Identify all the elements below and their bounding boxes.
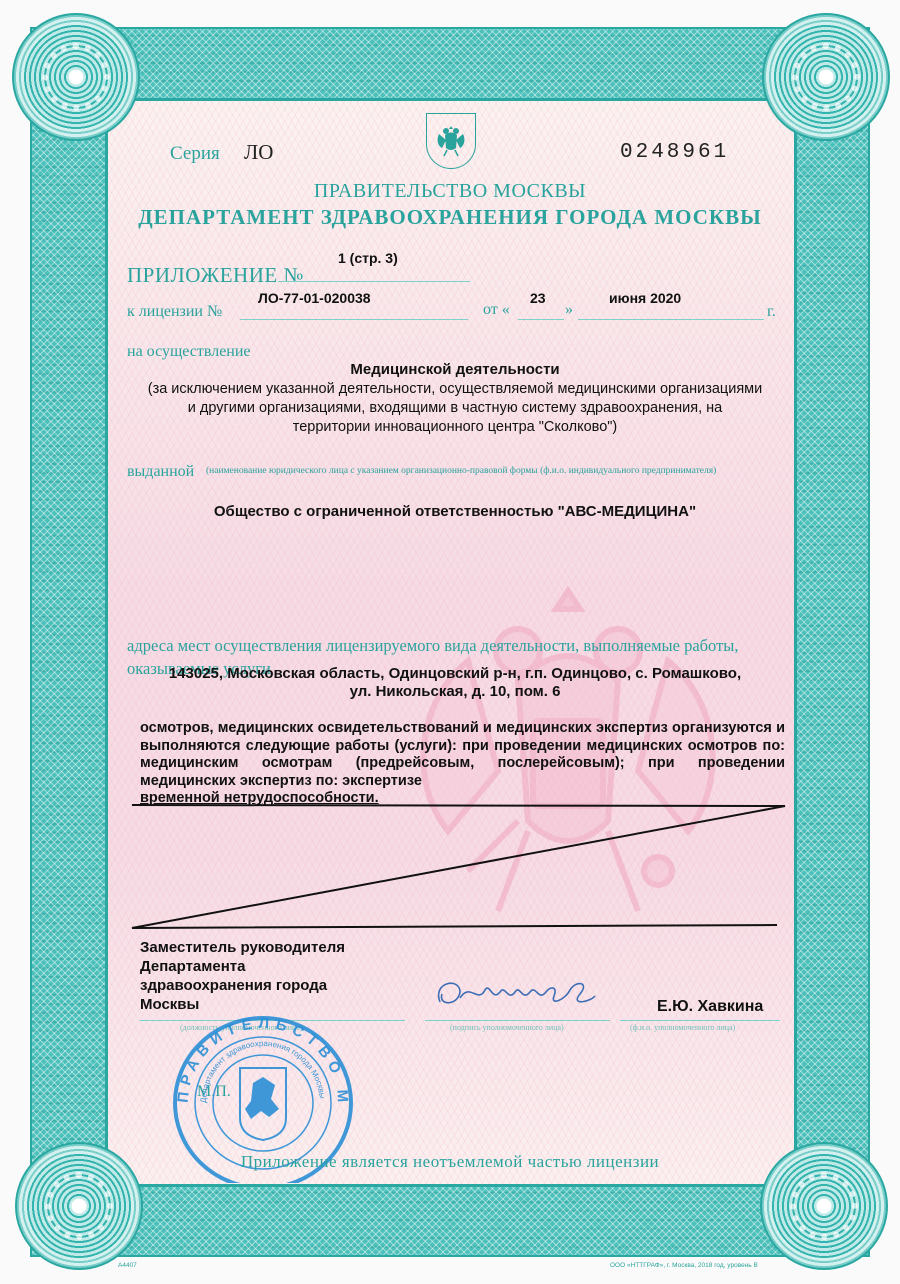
hint-signature: (подпись уполномоченного лица) [450,1023,564,1032]
license-day: 23 [530,290,546,306]
issued-label: выданной [127,463,194,481]
issued-hint: (наименование юридического лица с указан… [206,466,716,476]
day-underline [518,319,564,320]
handwritten-signature-icon [430,972,630,1017]
name-underline [620,1020,780,1021]
activity-label: на осуществление [127,343,251,361]
license-month-year: июня 2020 [609,290,681,306]
appendix-underline [278,281,470,282]
activity-description-line: (за исключением указанной деятельности, … [120,380,790,399]
printer-info: ООО «НТТГРАФ», г. Москва, 2018 год, уров… [610,1262,758,1269]
serial-number: 0248961 [620,141,729,164]
corner-rosette-bottom-right [760,1142,888,1270]
appendix-number: 1 (стр. 3) [338,250,398,266]
corner-rosette-top-right [762,13,890,141]
signer-name: Е.Ю. Хавкина [657,998,763,1016]
organization-name: Общество с ограниченной ответственностью… [120,503,790,520]
series-label: Серия [170,143,220,165]
coat-of-arms-icon [426,113,476,169]
footer-note: Приложение является неотъемлемой частью … [140,1152,760,1172]
works-text: осмотров, медицинских освидетельствовани… [140,720,785,789]
activity-description-line: территории инновационного центра "Сколко… [120,418,790,437]
double-headed-eagle-icon [436,124,466,158]
signer-position: Заместитель руководителя Департамента зд… [140,938,345,1014]
address-line-2: ул. Никольская, д. 10, пом. 6 [120,683,790,700]
appendix-label: ПРИЛОЖЕНИЕ № [127,263,304,288]
signer-position-line: Заместитель руководителя [140,938,345,957]
hint-name: (ф.и.о. уполномоченного лица) [630,1023,735,1032]
activity-description-line: и другими организациями, входящими в час… [120,399,790,418]
signer-position-line: Департамента [140,957,345,976]
date-from-label: от « [483,301,510,319]
date-close-quote: » [565,301,573,319]
license-number: ЛО-77-01-020038 [258,290,371,306]
signer-position-line: здравоохранения города [140,976,345,995]
government-title: ПРАВИТЕЛЬСТВО МОСКВЫ [0,180,900,203]
license-label: к лицензии № [127,303,222,321]
form-code: А4407 [118,1262,137,1269]
license-underline [240,319,468,320]
series-value: ЛО [244,140,273,165]
works-services-text: осмотров, медицинских освидетельствовани… [140,720,785,808]
corner-rosette-top-left [12,13,140,141]
activity-description: (за исключением указанной деятельности, … [120,380,790,437]
signature-underline [425,1020,610,1021]
activity-title: Медицинской деятельности [120,361,790,378]
corner-rosette-bottom-left [15,1142,143,1270]
month-underline [578,319,764,320]
works-last-line: временной нетрудоспособности. [140,790,379,806]
address-line-1: 143025, Московская область, Одинцовский … [120,665,790,682]
department-title: ДЕПАРТАМЕНТ ЗДРАВООХРАНЕНИЯ ГОРОДА МОСКВ… [0,205,900,230]
year-suffix: г. [767,303,776,321]
